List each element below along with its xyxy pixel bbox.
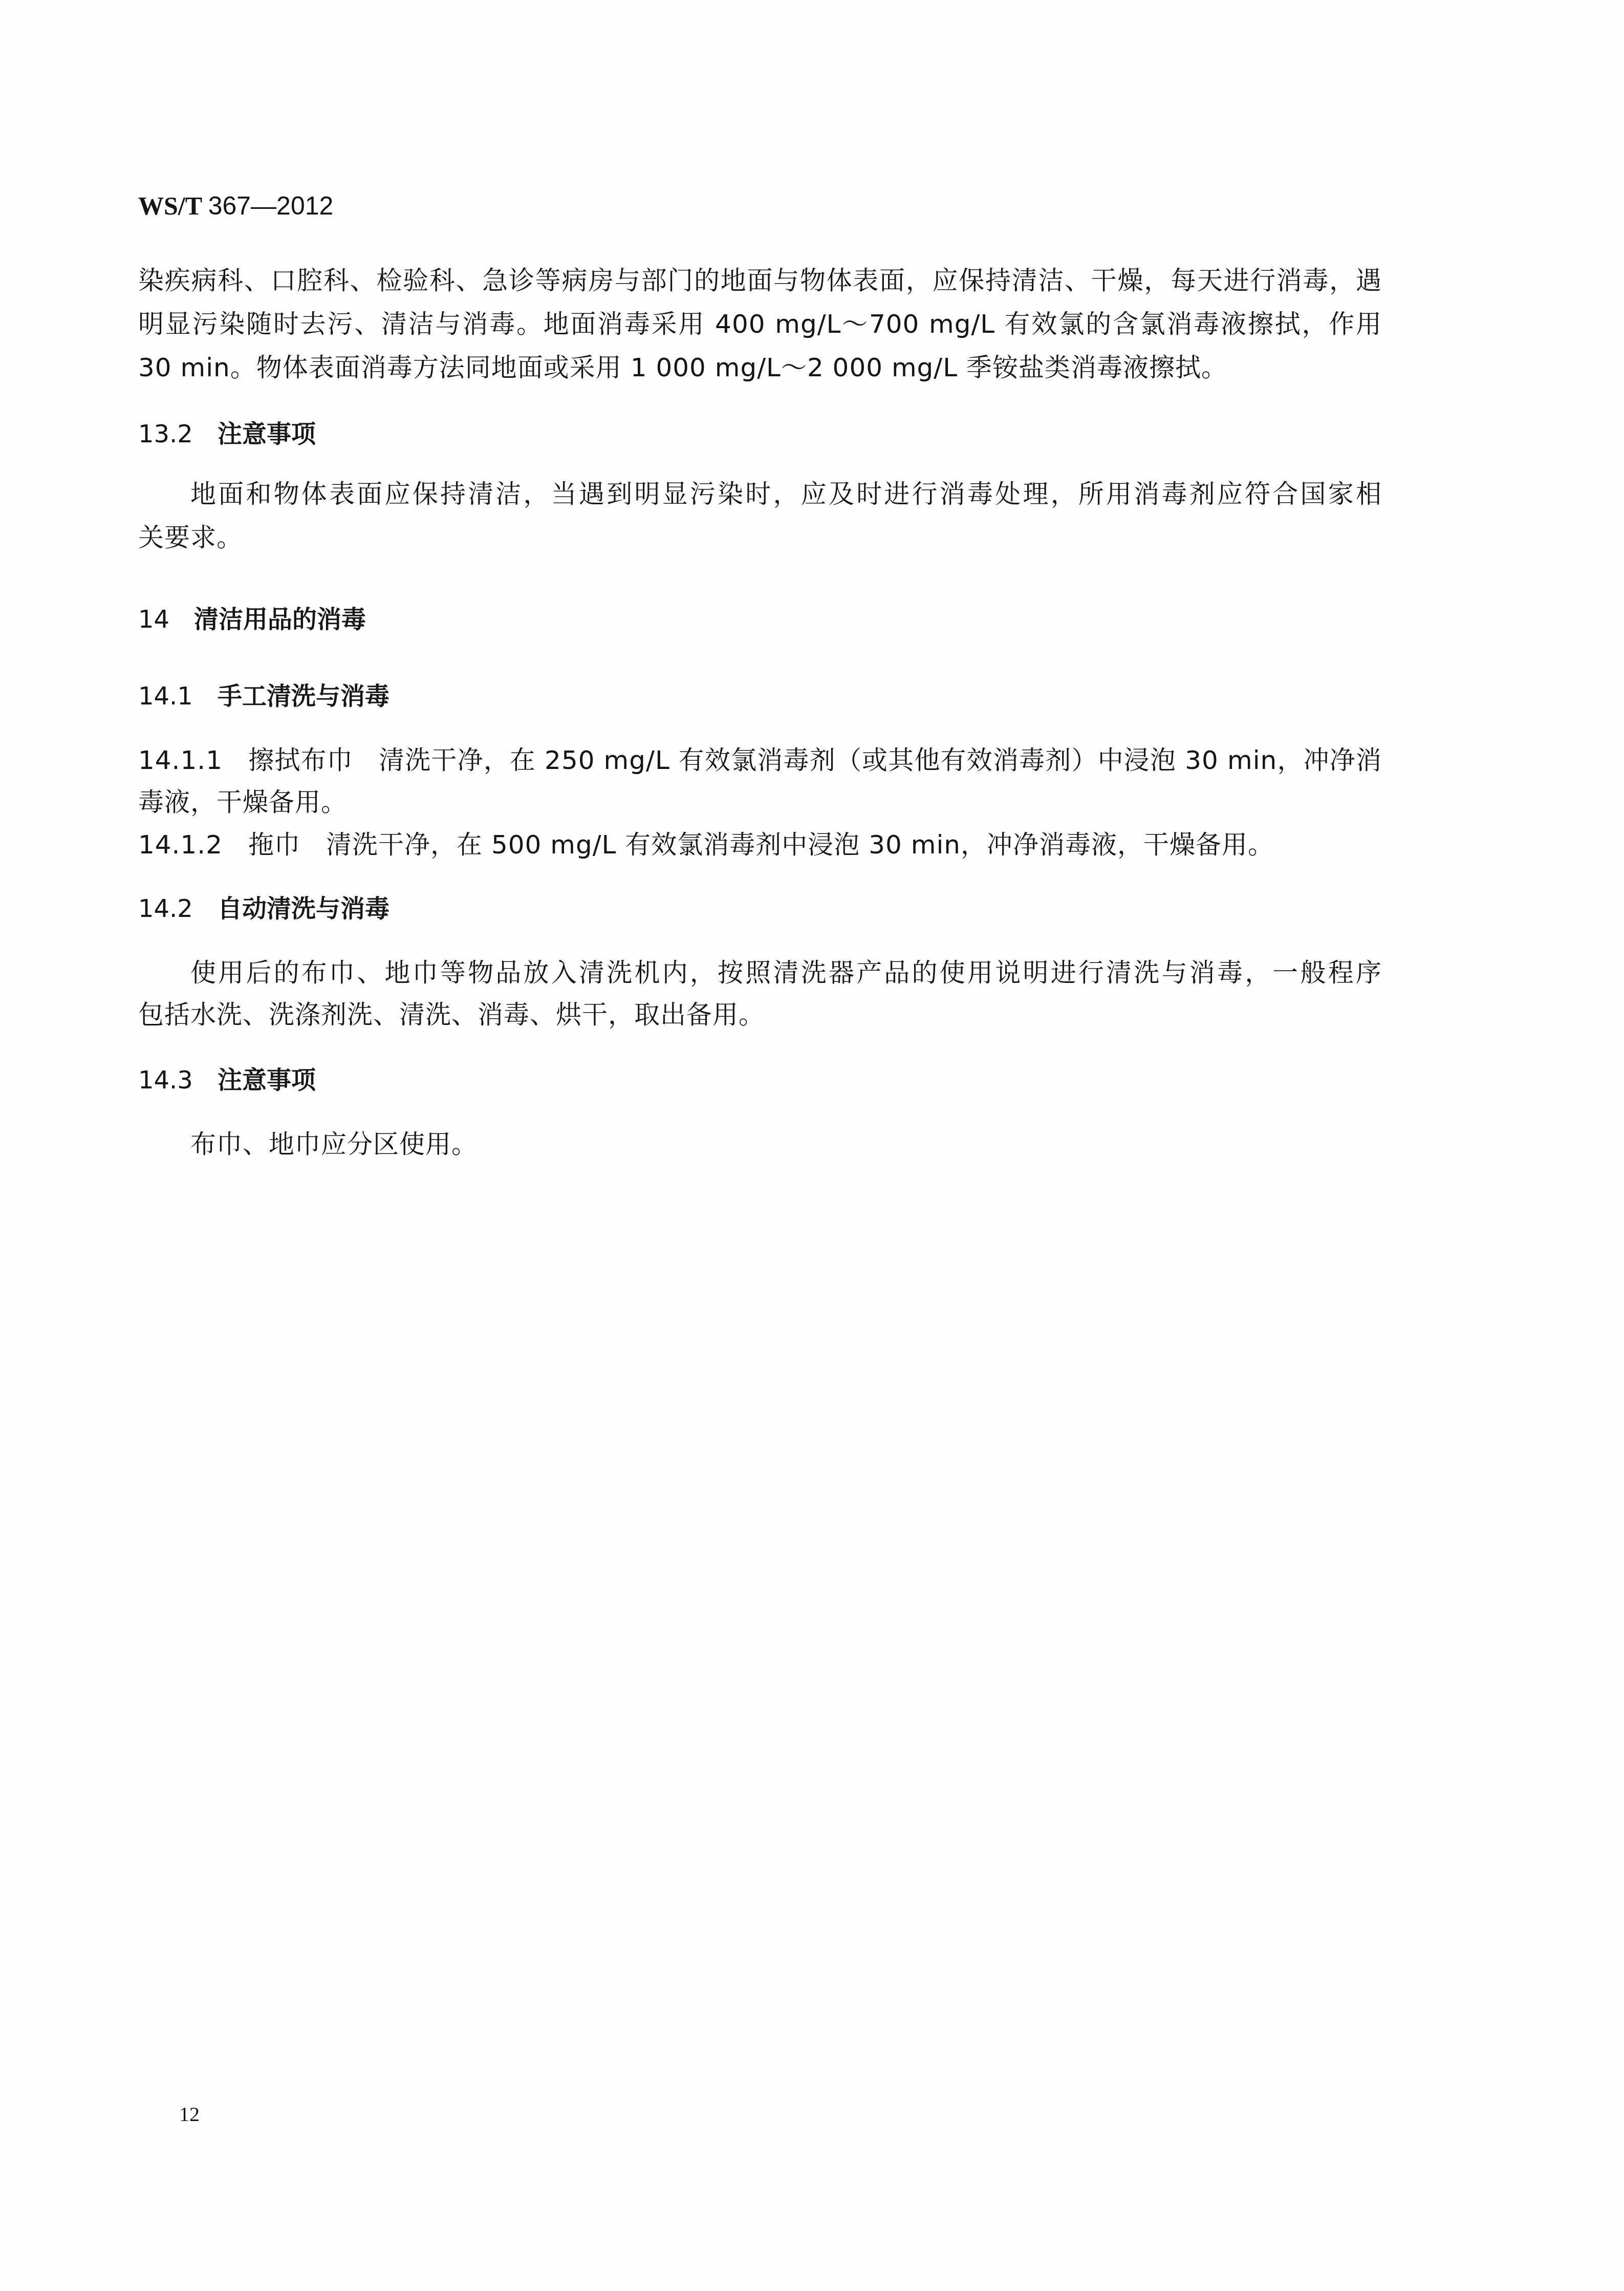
standard-prefix: WS/T (138, 191, 202, 220)
clause-term: 拖巾 (248, 830, 300, 860)
page-number: 12 (179, 2102, 200, 2127)
heading-14: 14清洁用品的消毒 (138, 604, 366, 635)
heading-number: 13.2 (138, 420, 193, 448)
paragraph-line: 使用后的布巾、地巾等物品放入清洗机内，按照清洗器产品的使用说明进行清洗与消毒，一… (190, 957, 1382, 988)
clause-term: 擦拭布巾 (248, 745, 353, 775)
heading-title: 注意事项 (218, 420, 316, 448)
heading-number: 14.2 (138, 894, 193, 923)
paragraph-line: 明显污染随时去污、清洁与消毒。地面消毒采用 400 mg/L～700 mg/L … (138, 309, 1382, 339)
heading-title: 自动清洗与消毒 (218, 894, 389, 923)
heading-13-2: 13.2注意事项 (138, 419, 316, 449)
clause-number: 14.1.2 (138, 830, 223, 860)
paragraph-line: 30 min。物体表面消毒方法同地面或采用 1 000 mg/L～2 000 m… (138, 352, 1227, 383)
paragraph-line: 包括水洗、洗涤剂洗、清洗、消毒、烘干，取出备用。 (138, 999, 765, 1030)
paragraph-line: 关要求。 (138, 522, 243, 553)
paragraph-line: 布巾、地巾应分区使用。 (190, 1129, 478, 1160)
paragraph-line: 毒液，干燥备用。 (138, 787, 347, 818)
clause-text: 清洗干净，在 250 mg/L 有效氯消毒剂（或其他有效消毒剂）中浸泡 30 m… (379, 745, 1382, 775)
paragraph-line: 地面和物体表面应保持清洁，当遇到明显污染时，应及时进行消毒处理，所用消毒剂应符合… (190, 479, 1382, 509)
heading-number: 14.3 (138, 1066, 193, 1095)
clause-number: 14.1.1 (138, 745, 223, 775)
heading-title: 手工清洗与消毒 (218, 682, 389, 711)
standard-code-header: WS/T 367—2012 (138, 190, 333, 221)
heading-14-2: 14.2自动清洗与消毒 (138, 893, 389, 924)
heading-number: 14 (138, 605, 169, 634)
clause-14-1-2: 14.1.2拖巾清洗干净，在 500 mg/L 有效氯消毒剂中浸泡 30 min… (138, 829, 1274, 860)
heading-number: 14.1 (138, 682, 193, 711)
standard-number: 367—2012 (208, 191, 334, 220)
heading-title: 注意事项 (218, 1066, 316, 1095)
heading-14-3: 14.3注意事项 (138, 1065, 316, 1096)
heading-14-1: 14.1手工清洗与消毒 (138, 681, 389, 712)
heading-title: 清洁用品的消毒 (194, 605, 366, 634)
paragraph-line: 染疾病科、口腔科、检验科、急诊等病房与部门的地面与物体表面，应保持清洁、干燥，每… (138, 265, 1382, 296)
clause-14-1-1: 14.1.1擦拭布巾清洗干净，在 250 mg/L 有效氯消毒剂（或其他有效消毒… (138, 745, 1382, 776)
document-page: WS/T 367—2012 染疾病科、口腔科、检验科、急诊等病房与部门的地面与物… (0, 0, 1624, 2291)
clause-text: 清洗干净，在 500 mg/L 有效氯消毒剂中浸泡 30 min，冲净消毒液，干… (326, 830, 1274, 860)
